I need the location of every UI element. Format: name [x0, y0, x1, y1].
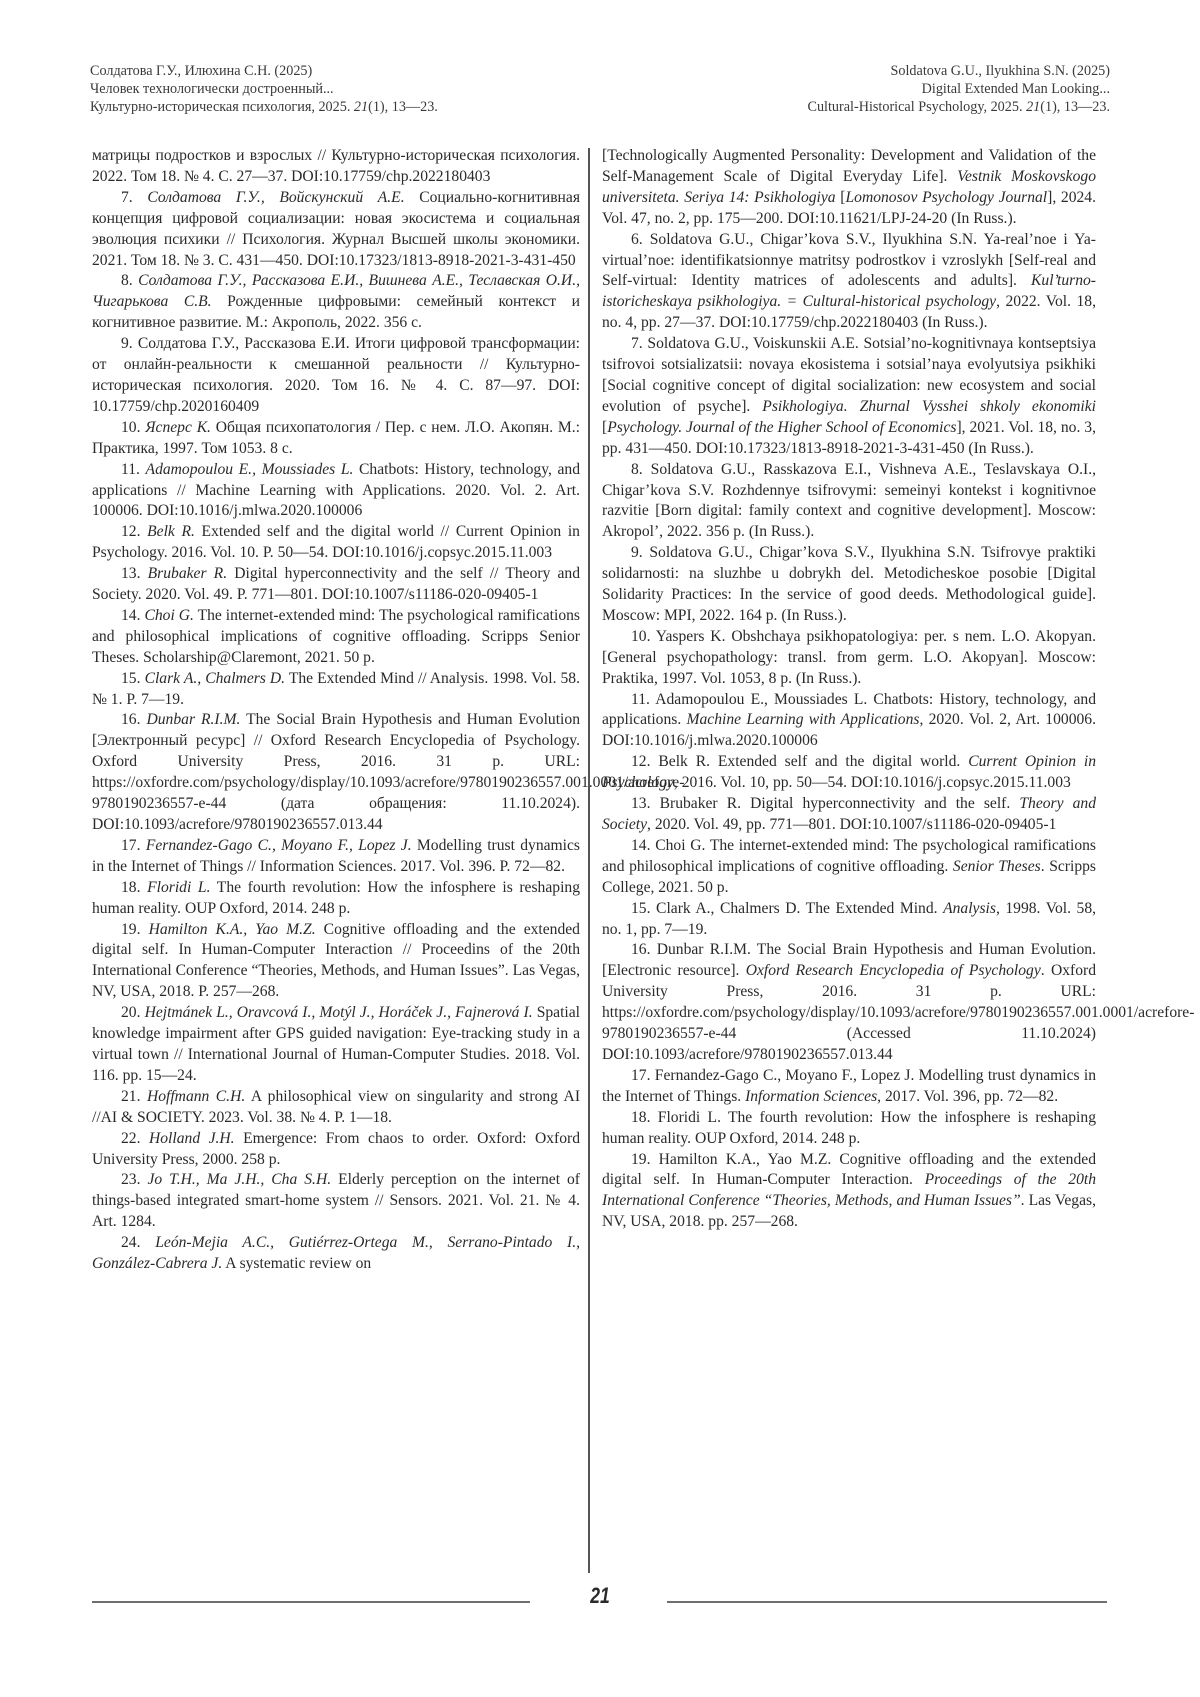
reference-text: , 2017. Vol. 396, pp. 72—82.: [877, 1088, 1058, 1105]
reference-item: 14. Choi G. The internet-extended mind: …: [92, 606, 580, 669]
reference-item: 19. Hamilton K.A., Yao M.Z. Cognitive of…: [92, 920, 580, 1004]
reference-number: 21.: [121, 1088, 141, 1105]
reference-text: , 2016. Vol. 10, pp. 50—54. DOI:10.1016/…: [674, 774, 1071, 791]
header-english: Soldatova G.U., Ilyukhina S.N. (2025) Di…: [807, 62, 1110, 116]
reference-number: 14.: [121, 607, 141, 624]
reference-authors: Choi G.: [144, 607, 193, 624]
reference-text: Yaspers K. Obshchaya psikhopatologiya: p…: [602, 628, 1096, 687]
reference-number: 9.: [121, 335, 133, 352]
reference-item: 14. Choi G. The internet-extended mind: …: [602, 836, 1096, 899]
reference-item: 22. Holland J.H. Emergence: From chaos t…: [92, 1129, 580, 1171]
reference-text: Солдатова Г.У., Рассказова Е.И. Итоги ци…: [92, 335, 580, 415]
reference-number: 15.: [631, 900, 651, 917]
reference-number: 24.: [121, 1234, 141, 1251]
header-russian: Солдатова Г.У., Илюхина С.Н. (2025) Чело…: [90, 62, 438, 116]
header-journal-en: Cultural-Historical Psychology, 2025. 21…: [807, 98, 1110, 116]
reference-source-italic: Psychology. Journal of the Higher School…: [607, 419, 956, 436]
reference-number: 16.: [631, 941, 651, 958]
reference-item: 17. Fernandez-Gago C., Moyano F., Lopez …: [602, 1066, 1096, 1108]
reference-text: Belk R. Extended self and the digital wo…: [658, 753, 968, 770]
header-title-en: Digital Extended Man Looking...: [807, 80, 1110, 98]
reference-number: 11.: [121, 461, 140, 478]
reference-number: 12.: [121, 523, 141, 540]
reference-item: 7. Солдатова Г.У., Войскунский А.Е. Соци…: [92, 188, 580, 272]
reference-item: 8. Soldatova G.U., Rasskazova E.I., Vish…: [602, 460, 1096, 544]
reference-number: 8.: [631, 461, 643, 478]
reference-authors: Belk R.: [147, 523, 195, 540]
reference-authors: Holland J.H.: [149, 1130, 235, 1147]
reference-text: A systematic review on: [222, 1255, 371, 1272]
reference-authors: Hoffmann C.H.: [147, 1088, 245, 1105]
reference-number: 23.: [121, 1171, 141, 1188]
reference-source-italic: Analysis: [943, 900, 996, 917]
reference-item: 12. Belk R. Extended self and the digita…: [92, 522, 580, 564]
reference-authors: Hamilton K.A., Yao M.Z.: [149, 921, 316, 938]
reference-authors: Clark A., Chalmers D.: [145, 670, 286, 687]
reference-item: 10. Yaspers K. Obshchaya psikhopatologiy…: [602, 627, 1096, 690]
reference-item: 10. Ясперс К. Общая психопатология / Пер…: [92, 418, 580, 460]
reference-authors: Fernandez-Gago C., Moyano F., Lopez J.: [146, 837, 412, 854]
reference-text: Soldatova G.U., Chigar’kova S.V., Ilyukh…: [602, 544, 1096, 624]
reference-source-italic: Information Sciences: [745, 1088, 877, 1105]
reference-text: Soldatova G.U., Rasskazova E.I., Vishnev…: [602, 461, 1096, 541]
reference-number: 19.: [631, 1151, 651, 1168]
reference-number: 9.: [631, 544, 643, 561]
reference-item: 15. Clark A., Chalmers D. The Extended M…: [92, 669, 580, 711]
reference-item: 18. Floridi L. The fourth revolution: Ho…: [602, 1108, 1096, 1150]
header-journal-ru: Культурно-историческая психология, 2025.…: [90, 98, 438, 116]
reference-item: 12. Belk R. Extended self and the digita…: [602, 752, 1096, 794]
reference-number: 12.: [631, 753, 651, 770]
column-divider: [588, 148, 590, 1573]
reference-number: 20.: [121, 1004, 141, 1021]
reference-text: Soldatova G.U., Chigar’kova S.V., Ilyukh…: [602, 231, 1096, 290]
reference-item: 13. Brubaker R. Digital hyperconnectivit…: [92, 564, 580, 606]
references-english-column: [Technologically Augmented Personality: …: [602, 146, 1096, 1233]
running-header: Солдатова Г.У., Илюхина С.Н. (2025) Чело…: [90, 62, 1110, 122]
reference-item: 21. Hoffmann C.H. A philosophical view o…: [92, 1087, 580, 1129]
reference-item: 9. Soldatova G.U., Chigar’kova S.V., Ily…: [602, 543, 1096, 627]
reference-number: 15.: [121, 670, 141, 687]
reference-number: 11.: [631, 691, 650, 708]
reference-text: , 2020. Vol. 49, pp. 771—801. DOI:10.100…: [647, 816, 1056, 833]
reference-continuation: матрицы подростков и взрослых // Культур…: [92, 146, 580, 188]
page-footer: 21: [92, 1582, 1108, 1612]
reference-text: Floridi L. The fourth revolution: How th…: [602, 1109, 1096, 1147]
reference-number: 18.: [121, 879, 141, 896]
reference-item: 13. Brubaker R. Digital hyperconnectivit…: [602, 794, 1096, 836]
reference-item: 16. Dunbar R.I.M. The Social Brain Hypot…: [92, 710, 580, 835]
header-title-ru: Человек технологически достроенный...: [90, 80, 438, 98]
reference-number: 17.: [121, 837, 141, 854]
reference-item: 8. Солдатова Г.У., Рассказова Е.И., Вишн…: [92, 271, 580, 334]
reference-authors: Brubaker R.: [148, 565, 227, 582]
reference-authors: Adamopoulou E., Moussiades L.: [146, 461, 354, 478]
reference-item: 16. Dunbar R.I.M. The Social Brain Hypot…: [602, 940, 1096, 1065]
reference-item: 11. Adamopoulou E., Moussiades L. Chatbo…: [602, 690, 1096, 753]
reference-number: 19.: [121, 921, 141, 938]
reference-item: 18. Floridi L. The fourth revolution: Ho…: [92, 878, 580, 920]
reference-item: 17. Fernandez-Gago C., Moyano F., Lopez …: [92, 836, 580, 878]
reference-number: 10.: [631, 628, 651, 645]
reference-source-italic: Psikhologiya. Zhurnal Vysshei shkoly eko…: [762, 398, 1096, 415]
reference-source-italic: Machine Learning with Applications: [687, 711, 920, 728]
reference-authors: Floridi L.: [147, 879, 210, 896]
reference-item: 23. Jo T.H., Ma J.H., Cha S.H. Elderly p…: [92, 1170, 580, 1233]
reference-item: 9. Солдатова Г.У., Рассказова Е.И. Итоги…: [92, 334, 580, 418]
reference-number: 8.: [121, 272, 133, 289]
reference-item: 15. Clark A., Chalmers D. The Extended M…: [602, 899, 1096, 941]
reference-item: 6. Soldatova G.U., Chigar’kova S.V., Ily…: [602, 230, 1096, 335]
reference-source-italic: Senior Theses: [953, 858, 1041, 875]
references-russian-column: матрицы подростков и взрослых // Культур…: [92, 146, 580, 1275]
reference-authors: Ясперс К.: [145, 419, 211, 436]
reference-authors: Hejtmánek L., Oravcová I., Motýl J., Hor…: [145, 1004, 533, 1021]
reference-authors: Dunbar R.I.M.: [147, 711, 241, 728]
reference-text: The Social Brain Hypothesis and Human Ev…: [92, 711, 684, 833]
reference-item: 24. León-Mejia A.C., Gutiérrez-Ortega M.…: [92, 1233, 580, 1275]
page-number: 21: [194, 1583, 1007, 1609]
reference-number: 22.: [121, 1130, 141, 1147]
header-authors-en: Soldatova G.U., Ilyukhina S.N. (2025): [807, 62, 1110, 80]
reference-number: 14.: [631, 837, 651, 854]
reference-source-italic: Oxford Research Encyclopedia of Psycholo…: [746, 962, 1041, 979]
reference-text: Brubaker R. Digital hyperconnectivity an…: [660, 795, 1020, 812]
reference-number: 18.: [631, 1109, 651, 1126]
reference-number: 17.: [631, 1067, 651, 1084]
reference-item: 20. Hejtmánek L., Oravcová I., Motýl J.,…: [92, 1003, 580, 1087]
footer-rule-right: [667, 1601, 1107, 1603]
reference-continuation: [Technologically Augmented Personality: …: [602, 146, 1096, 230]
reference-authors: Солдатова Г.У., Войскунский А.Е.: [147, 189, 404, 206]
reference-number: 10.: [121, 419, 141, 436]
reference-item: 7. Soldatova G.U., Voiskunskii A.E. Sots…: [602, 334, 1096, 459]
reference-number: 13.: [631, 795, 651, 812]
reference-number: 7.: [121, 189, 133, 206]
header-authors-ru: Солдатова Г.У., Илюхина С.Н. (2025): [90, 62, 438, 80]
reference-number: 7.: [631, 335, 643, 352]
reference-text: Clark A., Chalmers D. The Extended Mind.: [656, 900, 943, 917]
reference-number: 13.: [121, 565, 141, 582]
reference-number: 6.: [631, 231, 643, 248]
reference-number: 16.: [121, 711, 141, 728]
reference-authors: Jo T.H., Ma J.H., Cha S.H.: [147, 1171, 331, 1188]
reference-item: 11. Adamopoulou E., Moussiades L. Chatbo…: [92, 460, 580, 523]
reference-item: 19. Hamilton K.A., Yao M.Z. Cognitive of…: [602, 1150, 1096, 1234]
